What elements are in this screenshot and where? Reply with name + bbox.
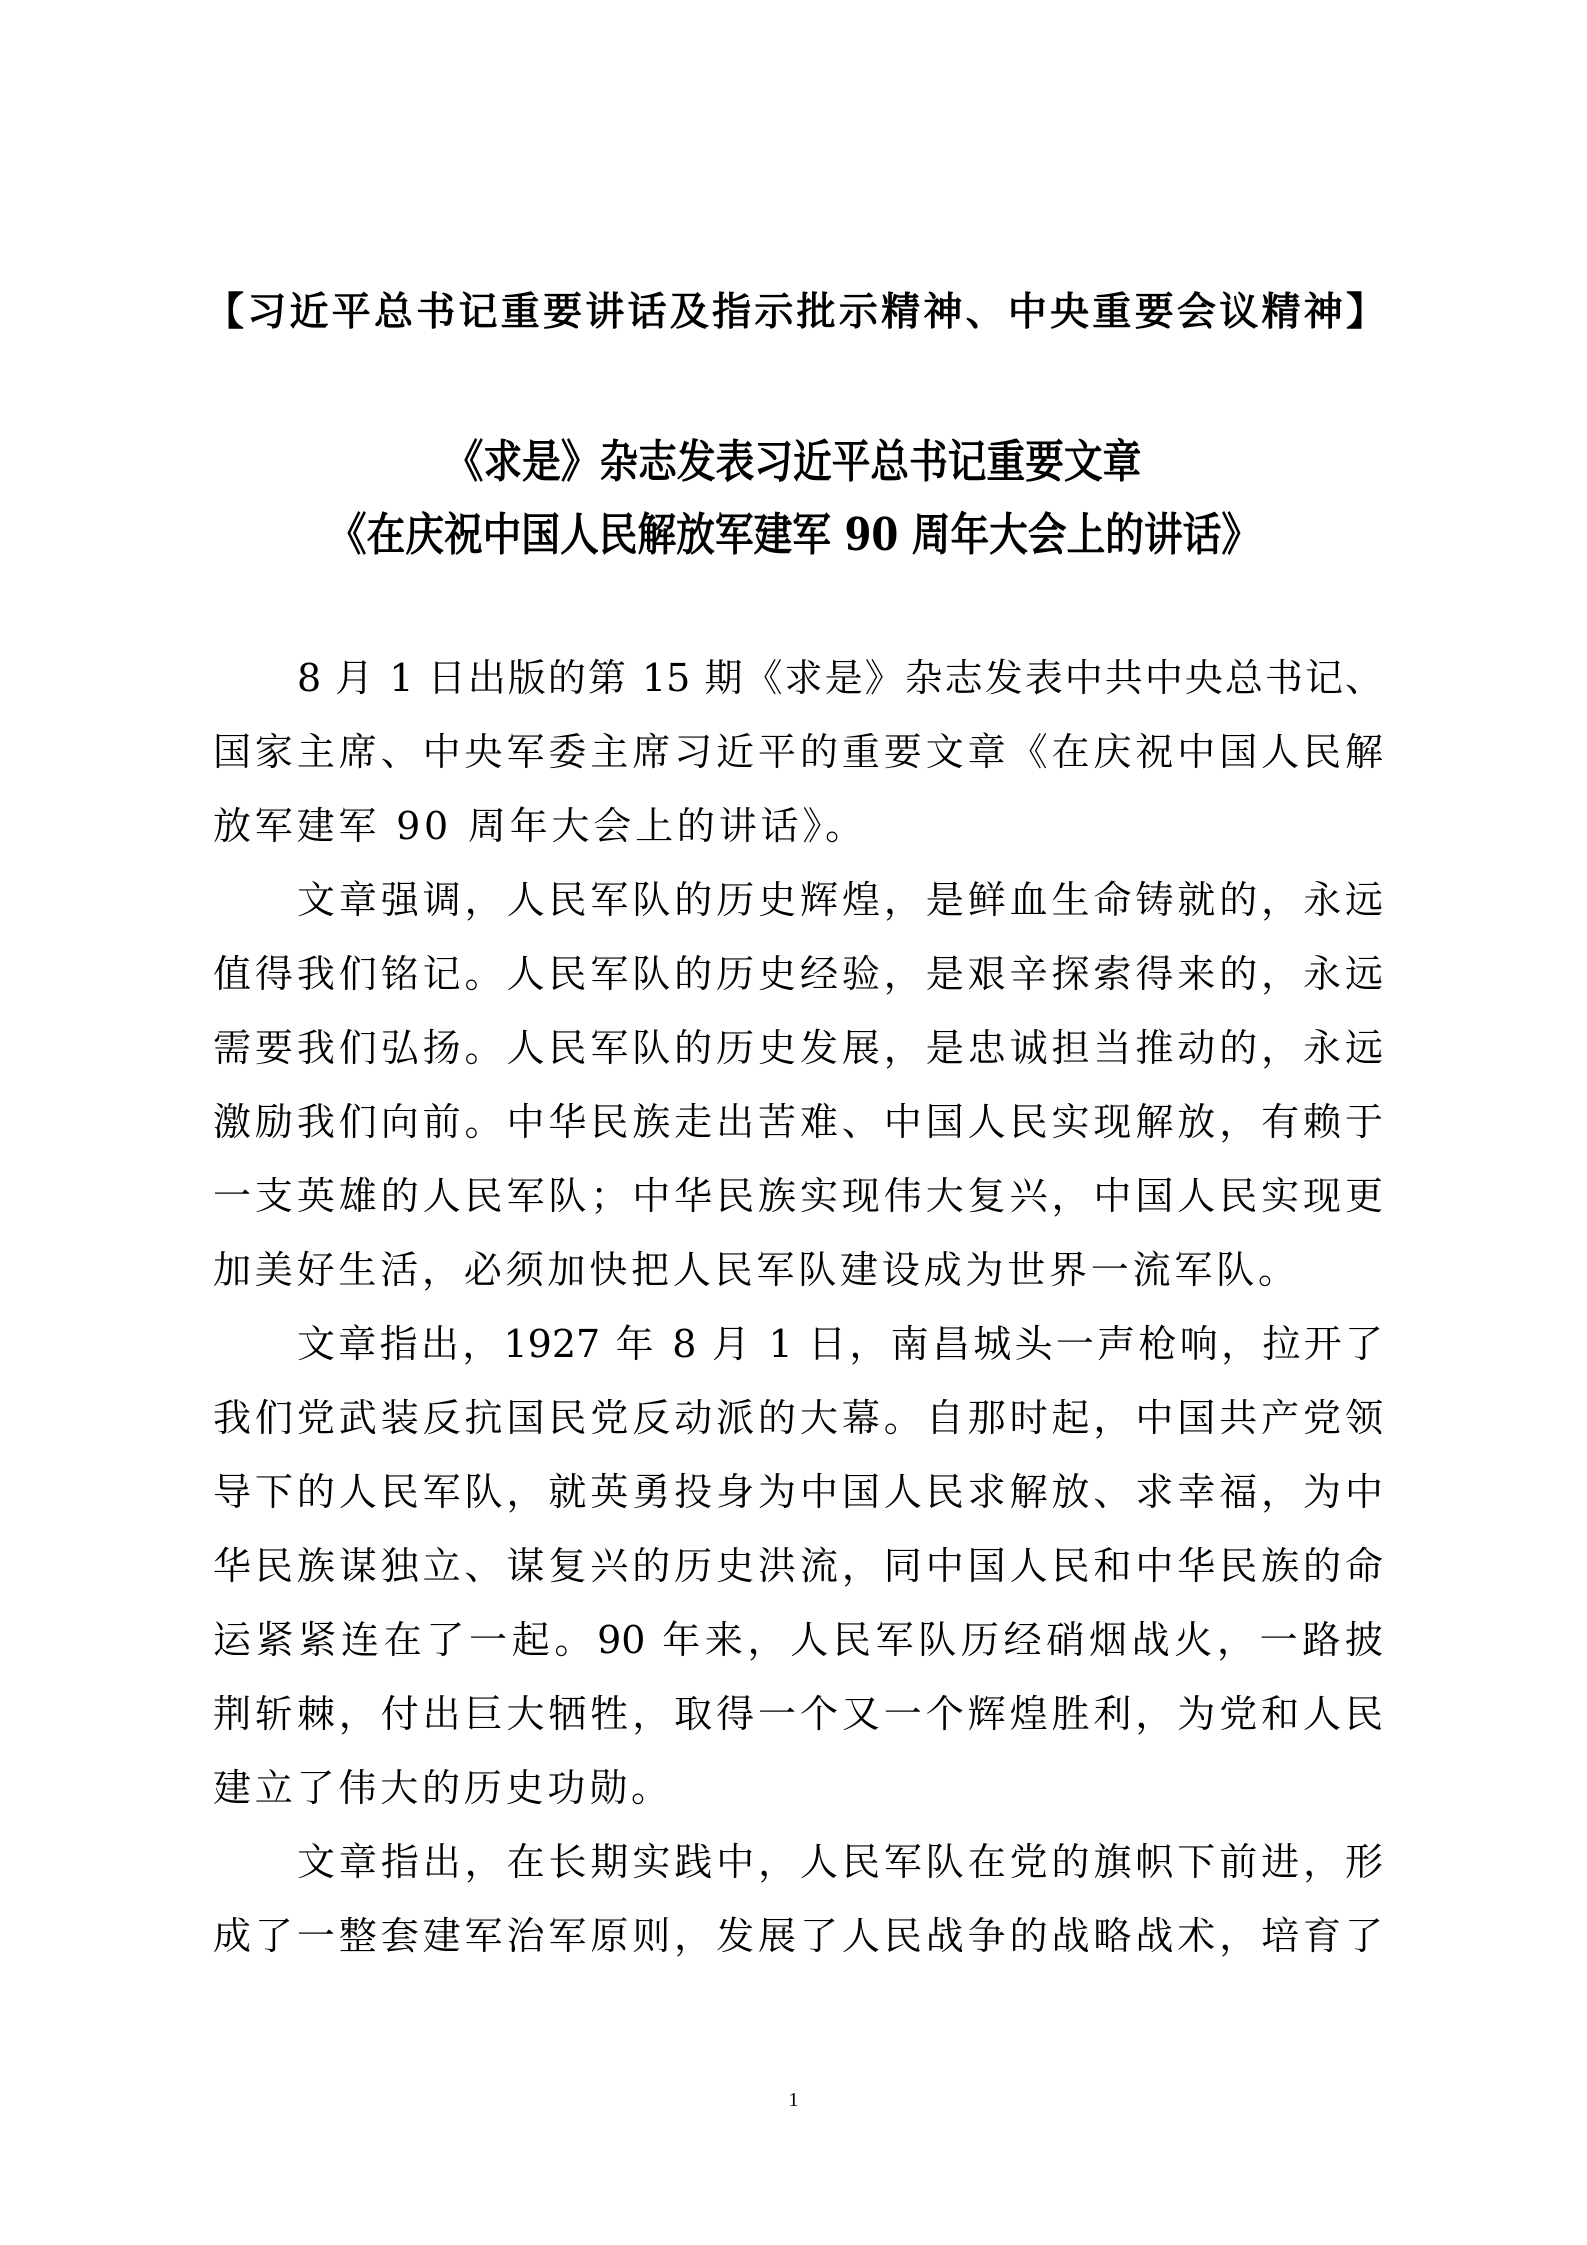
paragraph-2-line-1: 文章强调，人民军队的历史辉煌，是鲜血生命铸就的，永远 [297, 863, 1383, 937]
paragraph-1-line-1: 8 月 1 日出版的第 15 期《求是》杂志发表中共中央总书记、 [297, 641, 1383, 715]
paragraph-3-line-7: 建立了伟大的历史功勋。 [213, 1751, 1383, 1825]
paragraph-2-line-2: 值得我们铭记。人民军队的历史经验，是艰辛探索得来的，永远 [213, 937, 1383, 1011]
paragraph-4-line-1: 文章指出，在长期实践中，人民军队在党的旗帜下前进，形 [297, 1825, 1383, 1899]
document-page: 【习近平总书记重要讲话及指示批示精神、中央重要会议精神】 《求是》杂志发表习近平… [0, 0, 1587, 2245]
paragraph-3-line-2: 我们党武装反抗国民党反动派的大幕。自那时起，中国共产党领 [213, 1381, 1383, 1455]
paragraph-3-line-5: 运紧紧连在了一起。90 年来，人民军队历经硝烟战火，一路披 [213, 1603, 1383, 1677]
paragraph-1-line-2: 国家主席、中央军委主席习近平的重要文章《在庆祝中国人民解 [213, 715, 1383, 789]
paragraph-3-line-4: 华民族谋独立、谋复兴的历史洪流，同中国人民和中华民族的命 [213, 1529, 1383, 1603]
paragraph-2-line-3: 需要我们弘扬。人民军队的历史发展，是忠诚担当推动的，永远 [213, 1011, 1383, 1085]
paragraph-4-line-2: 成了一整套建军治军原则，发展了人民战争的战略战术，培育了 [213, 1899, 1383, 1973]
article-title-line-2: 《在庆祝中国人民解放军建军 90 周年大会上的讲话》 [0, 503, 1587, 567]
paragraph-3-line-6: 荆斩棘，付出巨大牺牲，取得一个又一个辉煌胜利，为党和人民 [213, 1677, 1383, 1751]
paragraph-2-line-4: 激励我们向前。中华民族走出苦难、中国人民实现解放，有赖于 [213, 1085, 1383, 1159]
paragraph-3-line-3: 导下的人民军队，就英勇投身为中国人民求解放、求幸福，为中 [213, 1455, 1383, 1529]
paragraph-1-line-3: 放军建军 90 周年大会上的讲话》。 [213, 789, 1383, 863]
paragraph-3-line-1: 文章指出，1927 年 8 月 1 日，南昌城头一声枪响，拉开了 [297, 1307, 1383, 1381]
article-title-line-1: 《求是》杂志发表习近平总书记重要文章 [0, 430, 1587, 494]
paragraph-2-line-5: 一支英雄的人民军队；中华民族实现伟大复兴，中国人民实现更 [213, 1159, 1383, 1233]
article-title-text-1: 《求是》杂志发表习近平总书记重要文章 [445, 430, 1142, 494]
page-number: 1 [0, 2086, 1587, 2114]
section-header: 【习近平总书记重要讲话及指示批示精神、中央重要会议精神】 [205, 286, 1385, 340]
paragraph-2-line-6: 加美好生活，必须加快把人民军队建设成为世界一流军队。 [213, 1233, 1383, 1307]
article-title-text-2: 《在庆祝中国人民解放军建军 90 周年大会上的讲话》 [327, 503, 1259, 567]
